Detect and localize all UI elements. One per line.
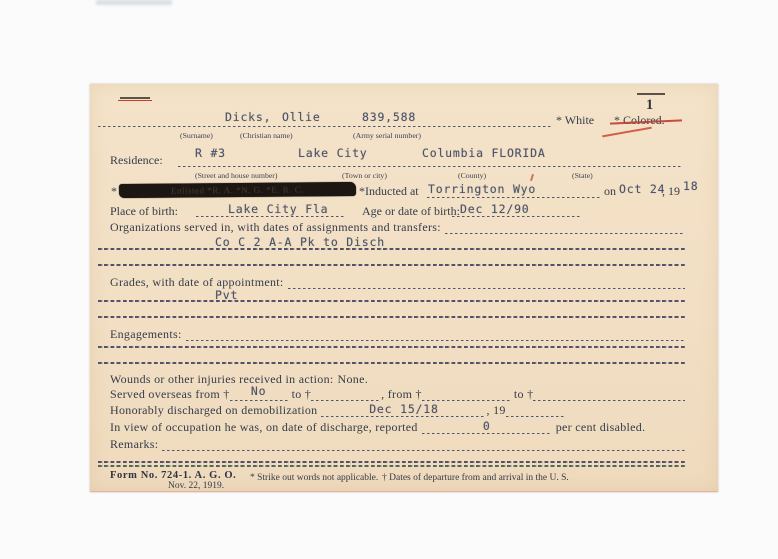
birth-value: Lake City Fla: [228, 202, 328, 216]
hrule: [98, 346, 685, 348]
overseas-to1-blank: [311, 389, 381, 401]
grades-dots: [288, 277, 685, 289]
hrule-green: [98, 465, 685, 467]
disability-label: In view of occupation he was, on date of…: [110, 421, 418, 434]
disability-blank: 0: [422, 422, 552, 434]
residence-rule: [178, 155, 683, 167]
overseas-to2-label: to †: [514, 388, 534, 401]
white-option: * White: [556, 114, 594, 127]
red-tick-mark: [530, 174, 534, 181]
discharge-date-value: Dec 15/18: [369, 402, 439, 416]
residence-label: Residence:: [110, 154, 163, 167]
christian-name-label: (Christian name): [240, 131, 293, 140]
corner-dash-red: [118, 100, 152, 102]
age-label: Age or date of birth:: [362, 205, 460, 218]
redacted-enlisted-text: Enlisted *R. A. *N. G. *E. R. C.: [171, 184, 304, 195]
state-label: (State): [572, 171, 593, 180]
card-number: 1: [646, 97, 653, 114]
organizations-value: Co C 2 A-A Pk to Disch: [215, 235, 385, 249]
hrule: [98, 264, 685, 266]
overseas-from2-label: , from †: [381, 388, 422, 401]
inducted-date-value: Oct 24: [619, 182, 665, 196]
birth-label: Place of birth:: [110, 205, 178, 218]
corner-dash-dark: [120, 97, 150, 99]
enlisted-asterisk: *: [111, 185, 117, 198]
county-label: (County): [458, 171, 486, 180]
scan-smudge: [96, 0, 172, 5]
overseas-from-value: No: [251, 384, 266, 398]
organizations-row: Organizations served in, with dates of a…: [110, 221, 685, 234]
organizations-label: Organizations served in, with dates of a…: [110, 221, 441, 234]
service-record-card: 1 Dicks, Ollie 839,588 * White * Colored…: [90, 84, 718, 492]
footer-note-strike: * Strike out words not applicable.: [250, 473, 378, 483]
serial-number-label: (Army serial number): [353, 131, 421, 140]
inducted-place-value: Torrington Wyo: [428, 182, 536, 196]
form-date: Nov. 22, 1919.: [168, 481, 224, 491]
overseas-to2-blank: [533, 389, 685, 401]
remarks-row: Remarks:: [110, 438, 685, 451]
engagements-label: Engagements:: [110, 328, 182, 341]
footer-note-dagger: † Dates of departure from and arrival in…: [382, 473, 569, 483]
street-label: (Street and house number): [195, 171, 278, 180]
hrule: [98, 300, 685, 302]
grades-row: Grades, with date of appointment:: [110, 276, 685, 289]
hrule: [98, 316, 685, 318]
grades-label: Grades, with date of appointment:: [110, 276, 284, 289]
discharge-year-blank: [506, 405, 564, 417]
discharge-year-prefix: , 19: [486, 404, 505, 417]
year-prefix: , 19: [662, 185, 680, 198]
hrule: [98, 248, 685, 250]
discharge-row: Honorably discharged on demobilization D…: [110, 404, 685, 417]
red-slash-mark: [602, 127, 652, 138]
number-overline: [637, 93, 665, 95]
on-label: on: [604, 185, 616, 198]
hrule: [98, 461, 685, 463]
hrule: [98, 362, 685, 364]
surname-label: (Surname): [180, 131, 213, 140]
discharge-date-blank: Dec 15/18: [321, 405, 486, 417]
remarks-label: Remarks:: [110, 438, 158, 451]
discharge-label: Honorably discharged on demobilization: [110, 404, 317, 417]
disability-row: In view of occupation he was, on date of…: [110, 421, 685, 434]
name-line-rule: [98, 115, 552, 127]
disability-value: 0: [483, 419, 491, 433]
remarks-dots: [162, 439, 685, 451]
town-label: (Town or city): [342, 171, 387, 180]
engagements-row: Engagements:: [110, 328, 685, 341]
overseas-to1-label: to †: [292, 388, 312, 401]
inducted-at-label: *Inducted at: [359, 185, 419, 198]
scanned-service-card-page: { "colors": { "card_background": "#f2dfc…: [0, 0, 778, 559]
age-value: Dec 12/90: [460, 202, 530, 216]
wounds-label: Wounds or other injuries received in act…: [110, 373, 334, 386]
disability-suffix: per cent disabled.: [556, 421, 646, 434]
redaction-bar: Enlisted *R. A. *N. G. *E. R. C.: [119, 182, 356, 198]
overseas-label: Served overseas from †: [110, 388, 230, 401]
wounds-value: None.: [338, 373, 369, 386]
organizations-dots: [445, 222, 685, 234]
wounds-row: Wounds or other injuries received in act…: [110, 373, 685, 386]
overseas-row: Served overseas from † No to † , from † …: [110, 388, 685, 401]
form-number: Form No. 724-1. A. G. O.: [110, 470, 236, 481]
overseas-from2-blank: [422, 389, 510, 401]
engagements-dots: [186, 329, 685, 341]
overseas-from-blank: No: [230, 389, 288, 401]
year-value: 18: [683, 179, 698, 193]
